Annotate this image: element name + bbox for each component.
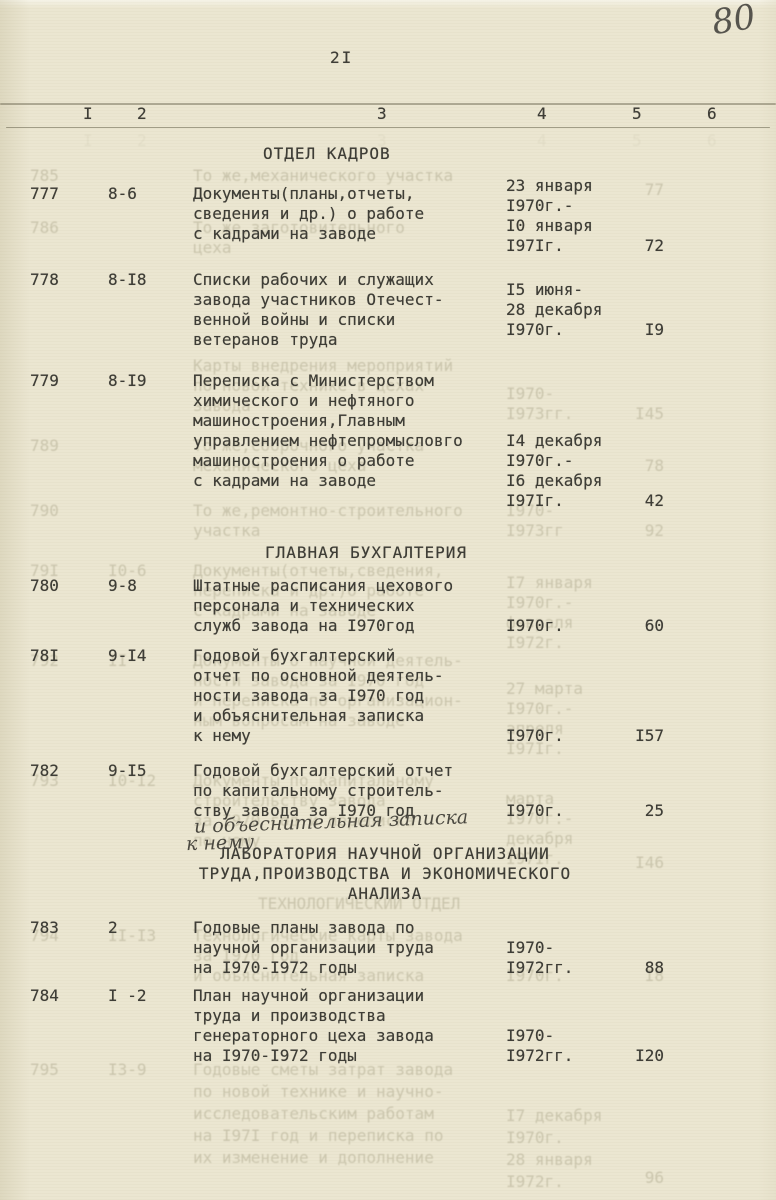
row-number-cell: 782	[30, 761, 90, 781]
row-number-cell: 785	[30, 166, 90, 186]
ghost-column-header: 2	[137, 131, 147, 151]
description-cell: Годовые сметы затрат завода по новой тех…	[193, 1059, 505, 1169]
row-number-cell: 789	[30, 436, 90, 456]
description-cell: Документы(планы,отчеты, сведения и др.) …	[193, 184, 505, 244]
index-cell: 9-I5	[108, 761, 188, 781]
index-cell: 9-8	[108, 576, 188, 596]
row-number-cell: 78I	[30, 646, 90, 666]
description-cell: Списки рабочих и служащих завода участни…	[193, 270, 505, 350]
dates-cell: I970- I972гг.	[506, 1026, 624, 1066]
ghost-column-header: 5	[632, 131, 642, 151]
sheets-cell: 88	[616, 958, 664, 978]
divider-line	[6, 127, 770, 128]
sheets-cell: 60	[616, 616, 664, 636]
ghost-column-header: 4	[537, 131, 547, 151]
dates-cell: I970- I973гг.	[506, 384, 624, 424]
description-cell: Годовой бухгалтерский отчет по основной …	[193, 646, 505, 746]
sheets-cell: I46	[616, 853, 664, 873]
row-number-cell: 780	[30, 576, 90, 596]
row-number-cell: 778	[30, 270, 90, 290]
sheets-cell: I45	[616, 404, 664, 424]
index-cell: I3-9	[108, 1059, 188, 1081]
sheets-cell: I57	[616, 726, 664, 746]
section-heading: ГЛАВНАЯ БУХГАЛТЕРИЯ	[265, 543, 467, 563]
folio-number: 80	[711, 7, 757, 34]
column-header: 4	[537, 104, 547, 124]
divider-line	[0, 103, 776, 105]
dates-cell: I970г.	[506, 726, 624, 746]
sheets-cell: I9	[616, 320, 664, 340]
row-number-cell: 790	[30, 501, 90, 521]
index-cell: I -2	[108, 986, 188, 1006]
description-cell: То же,механического участка	[193, 166, 505, 186]
ghost-column-header: I	[83, 131, 93, 151]
dates-cell: I5 июня- 28 декабря I970г.	[506, 280, 624, 340]
page-number: 2I	[330, 48, 353, 68]
column-header: 2	[137, 104, 147, 124]
dates-cell: I970- I972гг.	[506, 938, 624, 978]
index-cell: 8-I9	[108, 371, 188, 391]
column-header: 5	[632, 104, 642, 124]
section-heading: ЛАБОРАТОРИЯ НАУЧНОЙ ОРГАНИЗАЦИИ ТРУДА,ПР…	[190, 844, 580, 904]
row-number-cell: 784	[30, 986, 90, 1006]
index-cell: 2	[108, 918, 188, 938]
column-header: I	[83, 104, 93, 124]
dates-cell: 27 марта I970г.- апреля I97Iг.	[506, 679, 624, 759]
row-number-cell: 783	[30, 918, 90, 938]
ghost-column-header: 6	[707, 131, 717, 151]
sheets-cell: 92	[616, 521, 664, 541]
sheets-cell: 72	[616, 236, 664, 256]
description-cell: Переписка с Министерством химического и …	[193, 371, 505, 491]
sheets-cell: 42	[616, 491, 664, 511]
sheets-cell: 25	[616, 801, 664, 821]
index-cell: 9-I4	[108, 646, 188, 666]
sheets-cell: 96	[616, 1167, 664, 1189]
column-header: 3	[377, 104, 387, 124]
row-number-cell: 777	[30, 184, 90, 204]
dates-cell: I4 декабря I970г.- I6 декабря I97Iг.	[506, 431, 624, 511]
row-number-cell: 786	[30, 218, 90, 238]
section-heading: ОТДЕЛ КАДРОВ	[263, 144, 391, 164]
description-cell: План научной организации труда и произво…	[193, 986, 505, 1066]
description-cell: Годовые планы завода по научной организа…	[193, 918, 505, 978]
row-number-cell: 795	[30, 1059, 90, 1081]
description-cell: То же,ремонтно-строительного участка	[193, 501, 505, 541]
dates-cell: I7 января I970г.- февраля I972г.	[506, 573, 624, 653]
dates-cell: 23 января I970г.- I0 января I97Iг.	[506, 176, 624, 256]
sheets-cell: I20	[616, 1046, 664, 1066]
dates-cell: I970г.	[506, 801, 624, 821]
column-header: 6	[707, 104, 717, 124]
index-cell: 8-6	[108, 184, 188, 204]
dates-cell: I7 декабря I970г. 28 января I972г.	[506, 1105, 624, 1193]
dates-cell: I970г.	[506, 616, 624, 636]
index-cell: 8-I8	[108, 270, 188, 290]
row-number-cell: 779	[30, 371, 90, 391]
description-cell: Штатные расписания цехового персонала и …	[193, 576, 505, 636]
